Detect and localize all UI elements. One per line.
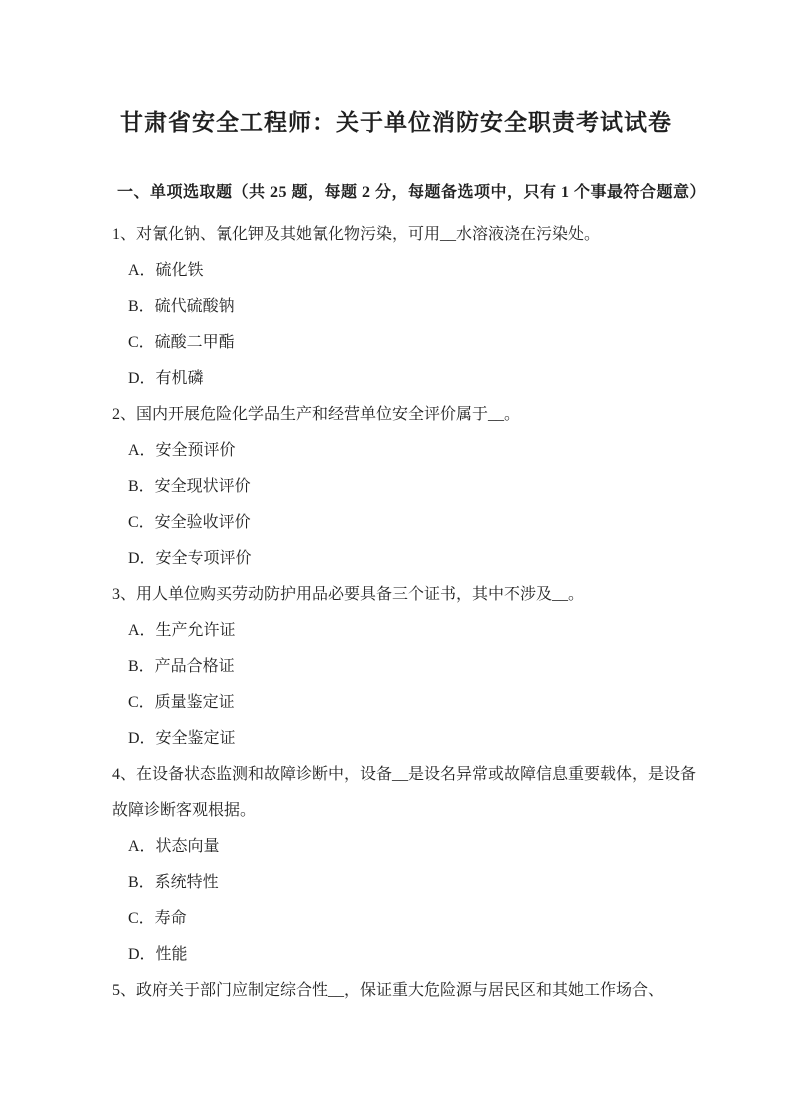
option-item: B．安全现状评价 <box>112 469 696 505</box>
option-item: B．硫代硫酸钠 <box>112 289 696 325</box>
question-block-1: 1、对氰化钠、氰化钾及其她氰化物污染，可用__水溶液浇在污染处。 A．硫化铁 B… <box>112 217 696 397</box>
option-item: A．状态向量 <box>112 829 696 865</box>
option-item: C．质量鉴定证 <box>112 685 696 721</box>
question-stem: 5、政府关于部门应制定综合性__，保证重大危险源与居民区和其她工作场合、 <box>112 973 696 1009</box>
option-item: A．硫化铁 <box>112 253 696 289</box>
question-block-5: 5、政府关于部门应制定综合性__，保证重大危险源与居民区和其她工作场合、 <box>112 973 696 1009</box>
question-list: 1、对氰化钠、氰化钾及其她氰化物污染，可用__水溶液浇在污染处。 A．硫化铁 B… <box>112 217 696 1009</box>
question-stem: 2、国内开展危险化学品生产和经营单位安全评价属于__。 <box>112 397 696 433</box>
exam-document-page: 甘肃省安全工程师：关于单位消防安全职责考试试卷 一、单项选取题（共 25 题，每… <box>0 0 792 1120</box>
question-stem: 3、用人单位购买劳动防护用品必要具备三个证书，其中不涉及__。 <box>112 577 696 613</box>
option-item: A．安全预评价 <box>112 433 696 469</box>
option-item: A．生产允许证 <box>112 613 696 649</box>
question-stem: 4、在设备状态监测和故障诊断中，设备__是设名异常或故障信息重要载体，是设备故障… <box>112 757 696 829</box>
option-item: C．硫酸二甲酯 <box>112 325 696 361</box>
option-item: B．产品合格证 <box>112 649 696 685</box>
question-block-3: 3、用人单位购买劳动防护用品必要具备三个证书，其中不涉及__。 A．生产允许证 … <box>112 577 696 757</box>
option-item: B．系统特性 <box>112 865 696 901</box>
question-block-2: 2、国内开展危险化学品生产和经营单位安全评价属于__。 A．安全预评价 B．安全… <box>112 397 696 577</box>
option-item: D．性能 <box>112 937 696 973</box>
option-item: C．寿命 <box>112 901 696 937</box>
question-block-4: 4、在设备状态监测和故障诊断中，设备__是设名异常或故障信息重要载体，是设备故障… <box>112 757 696 973</box>
page-title: 甘肃省安全工程师：关于单位消防安全职责考试试卷 <box>0 0 792 138</box>
option-item: D．有机磷 <box>112 361 696 397</box>
option-item: D．安全专项评价 <box>112 541 696 577</box>
option-item: D．安全鉴定证 <box>112 721 696 757</box>
question-stem: 1、对氰化钠、氰化钾及其她氰化物污染，可用__水溶液浇在污染处。 <box>112 217 696 253</box>
section-header: 一、单项选取题（共 25 题，每题 2 分，每题备选项中，只有 1 个事最符合题… <box>117 182 792 203</box>
option-item: C．安全验收评价 <box>112 505 696 541</box>
